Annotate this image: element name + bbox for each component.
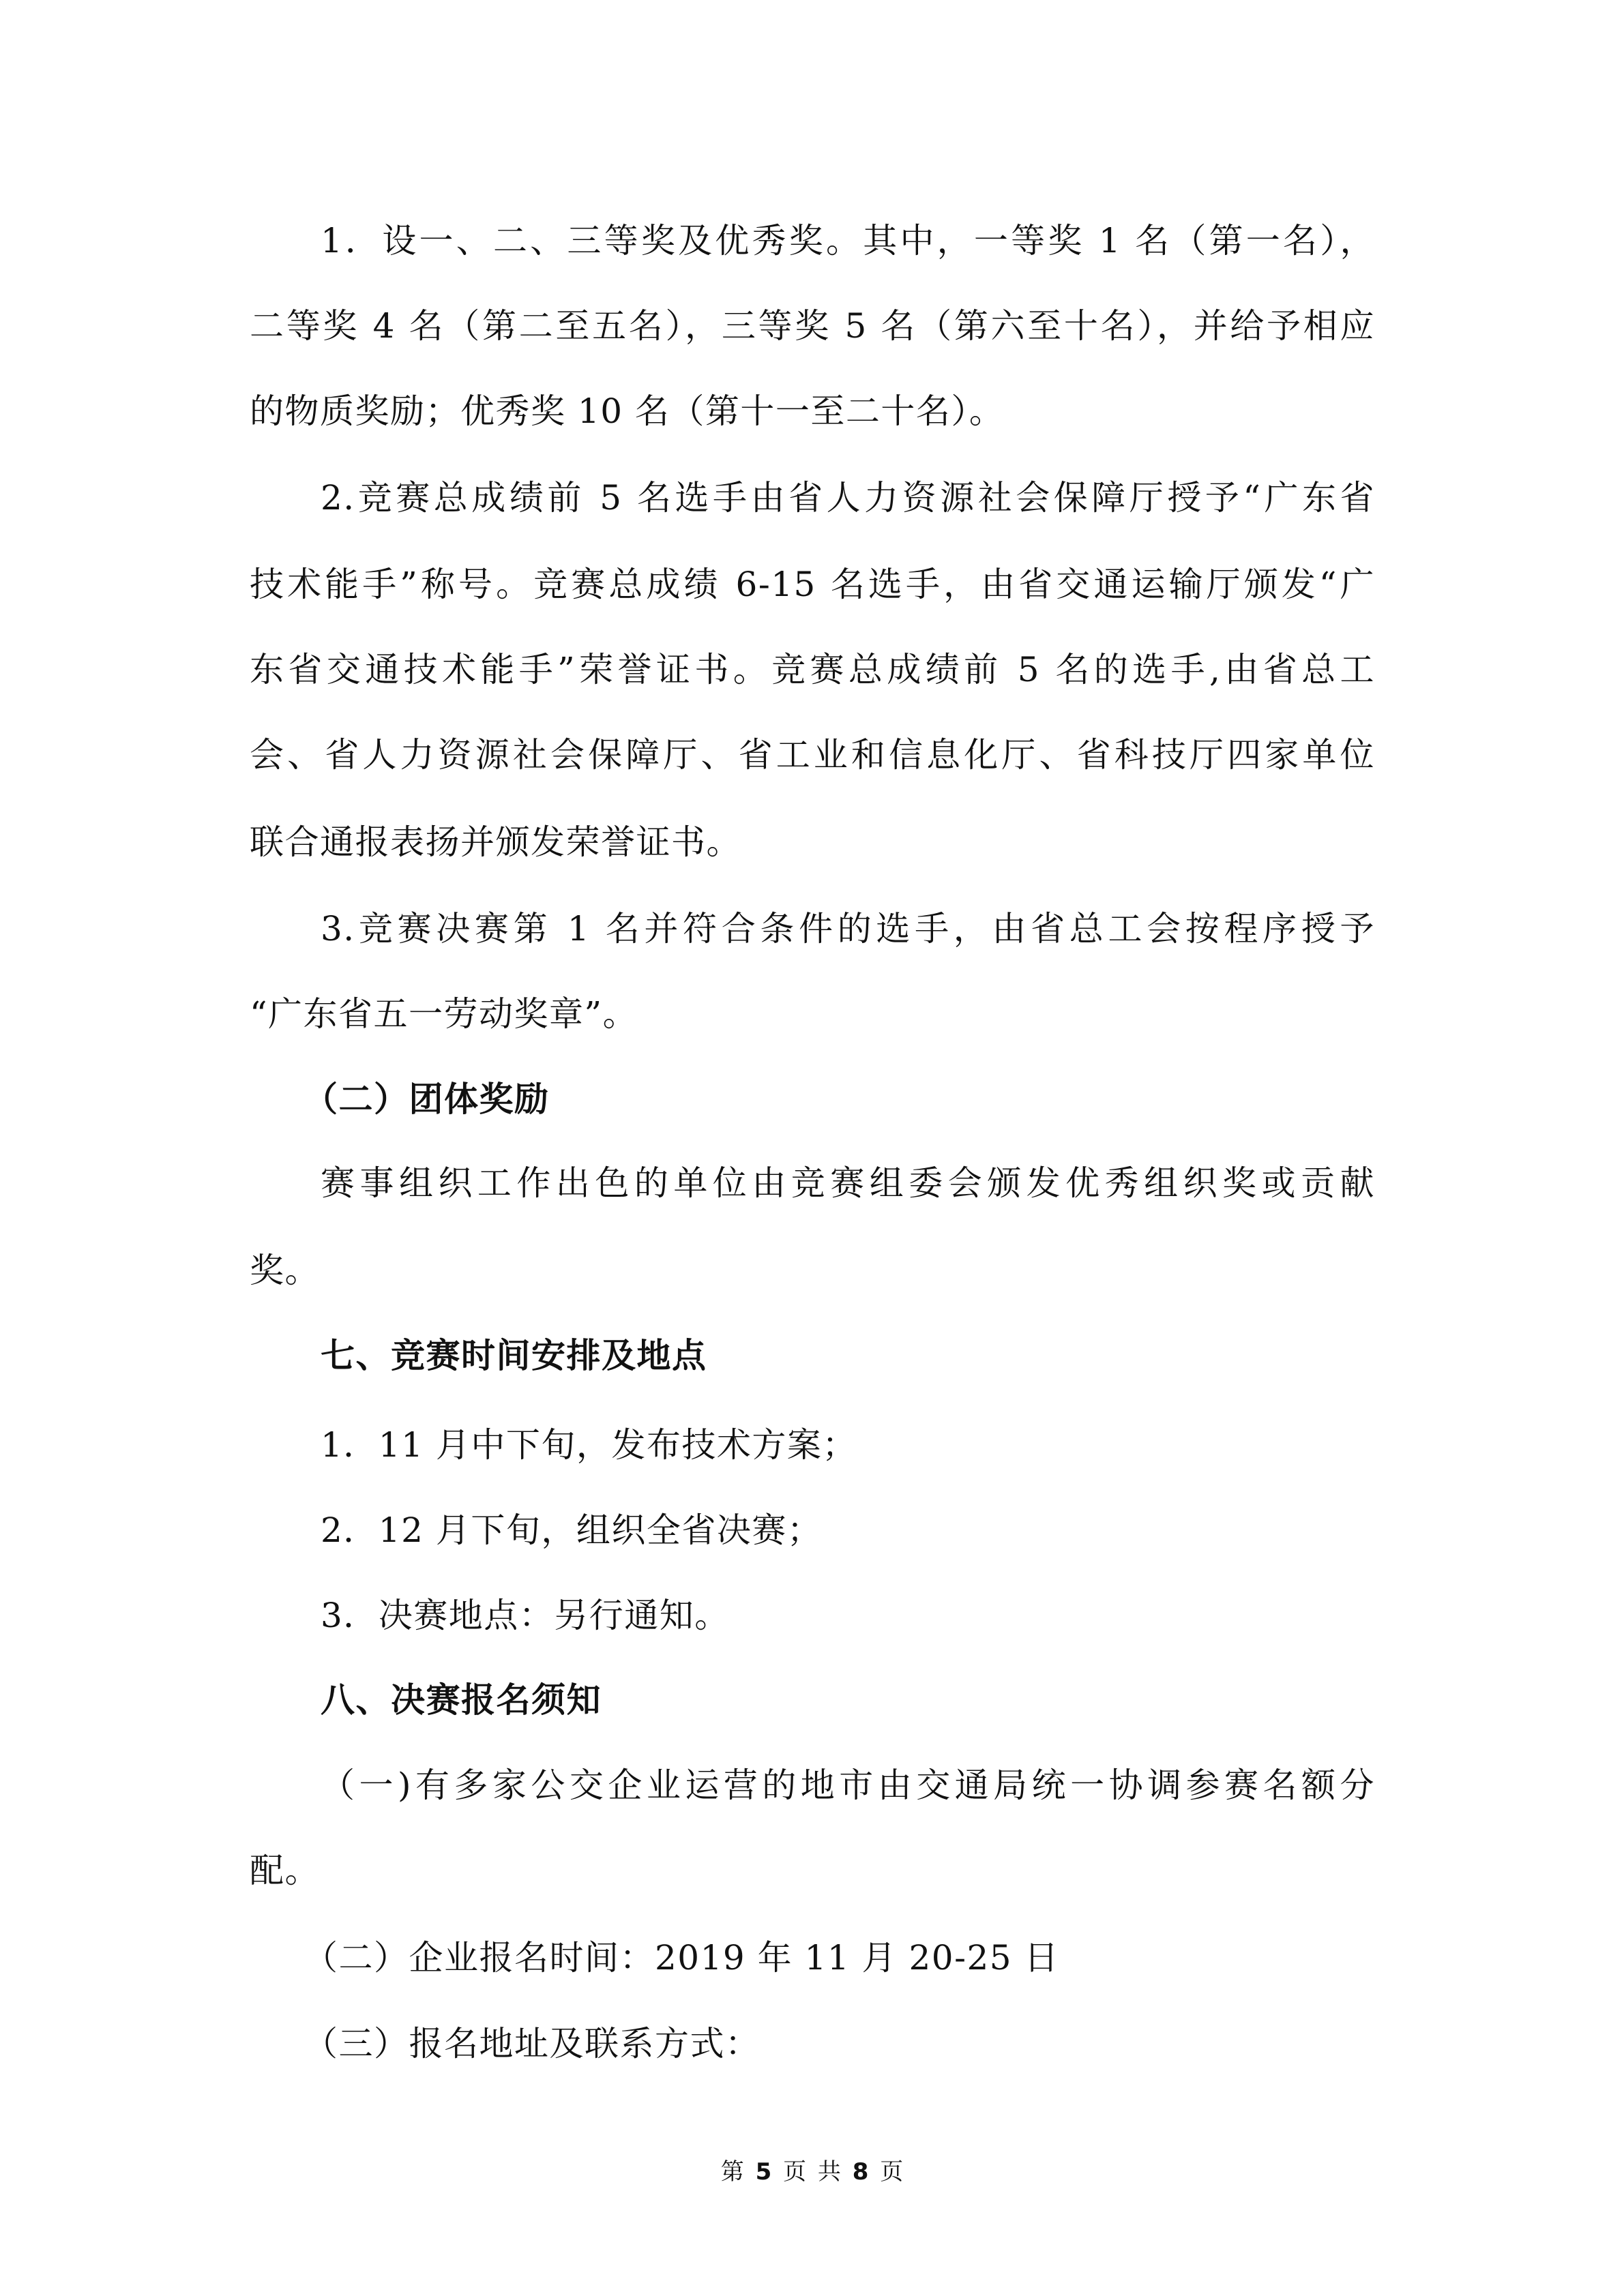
page-number-footer: 第 5 页 共 8 页 bbox=[0, 2155, 1624, 2189]
schedule-item-3: 3．决赛地点：另行通知。 bbox=[321, 1592, 1375, 1639]
document-page: 1．设一、二、三等奖及优秀奖。其中，一等奖 1 名（第一名）， 二等奖 4 名（… bbox=[0, 0, 1624, 2296]
registration-item-1-line-2: 配。 bbox=[250, 1847, 1375, 1894]
registration-item-3: （三）报名地址及联系方式： bbox=[304, 2020, 1358, 2068]
section-heading-registration: 八、决赛报名须知 bbox=[321, 1676, 1375, 1724]
award-item-1-line-2: 二等奖 4 名（第二至五名），三等奖 5 名（第六至十名），并给予相应 bbox=[250, 302, 1375, 350]
footer-middle: 页 共 bbox=[783, 2158, 841, 2186]
registration-item-2: （二）企业报名时间：2019 年 11 月 20-25 日 bbox=[304, 1934, 1358, 1982]
award-item-2-line-3: 东省交通技术能手”荣誉证书。竞赛总成绩前 5 名的选手,由省总工 bbox=[250, 646, 1375, 694]
section-heading-schedule-location: 七、竞赛时间安排及地点 bbox=[321, 1332, 1375, 1380]
team-awards-paragraph-line-2: 奖。 bbox=[250, 1247, 1375, 1294]
footer-prefix: 第 bbox=[721, 2158, 744, 2186]
award-item-2-line-2: 技术能手”称号。竞赛总成绩 6-15 名选手，由省交通运输厅颁发“广 bbox=[250, 561, 1375, 608]
award-item-2-line-5: 联合通报表扬并颁发荣誉证书。 bbox=[250, 818, 1375, 866]
schedule-item-2: 2．12 月下旬，组织全省决赛； bbox=[321, 1506, 1375, 1554]
schedule-item-1: 1．11 月中下旬，发布技术方案； bbox=[321, 1421, 1375, 1469]
current-page-number: 5 bbox=[756, 2158, 772, 2186]
footer-suffix: 页 bbox=[880, 2158, 903, 2186]
award-item-1-line-1: 1．设一、二、三等奖及优秀奖。其中，一等奖 1 名（第一名）， bbox=[321, 217, 1375, 265]
registration-item-1-line-1: （一)有多家公交企业运营的地市由交通局统一协调参赛名额分 bbox=[321, 1761, 1375, 1809]
award-item-3-line-1: 3.竞赛决赛第 1 名并符合条件的选手，由省总工会按程序授予 bbox=[321, 905, 1375, 953]
section-heading-team-awards: （二）团体奖励 bbox=[304, 1075, 1358, 1123]
team-awards-paragraph-line-1: 赛事组织工作出色的单位由竞赛组委会颁发优秀组织奖或贡献 bbox=[321, 1159, 1375, 1207]
award-item-2-line-1: 2.竞赛总成绩前 5 名选手由省人力资源社会保障厅授予“广东省 bbox=[321, 474, 1375, 522]
total-page-count: 8 bbox=[853, 2158, 869, 2186]
award-item-1-line-3: 的物质奖励；优秀奖 10 名（第十一至二十名）。 bbox=[250, 387, 1375, 435]
award-item-3-line-2: “广东省五一劳动奖章”。 bbox=[250, 990, 1375, 1038]
award-item-2-line-4: 会、省人力资源社会保障厅、省工业和信息化厅、省科技厅四家单位 bbox=[250, 731, 1375, 779]
